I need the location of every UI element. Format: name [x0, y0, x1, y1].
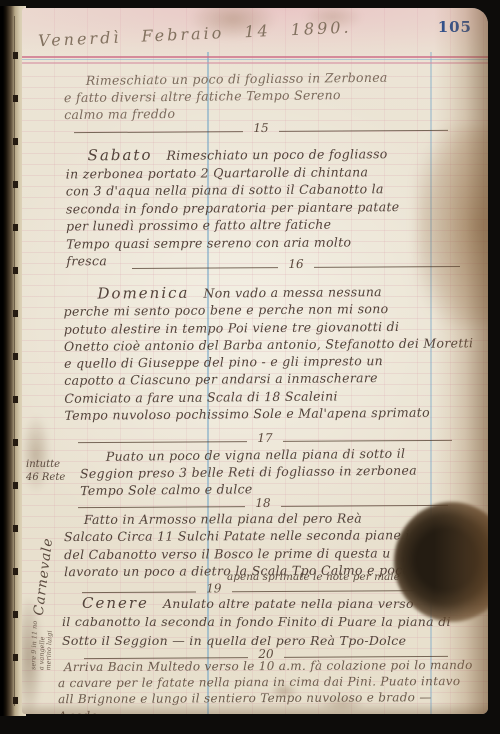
day-label: Sabato [88, 146, 167, 165]
header-rule-blue [22, 59, 488, 60]
entry-line: all Brignone e lungo il sentiero Tempo n… [58, 689, 488, 707]
diary-entry-feb14: Rimeschiato un poco di fogliasso in Zerb… [64, 68, 469, 124]
entry-line: Tempo nuvoloso pochissimo Sole e Mal'ape… [64, 403, 484, 424]
date-heading: Venerdì Febraio 14 1890. [38, 17, 369, 50]
diary-entry-feb16-domenica: DomenicaNon vado a messa nessuna perche … [63, 282, 484, 424]
binding-stitches [13, 16, 18, 706]
day-label: Domenica [97, 284, 203, 303]
separator-number: 18 [245, 496, 280, 510]
page-number: 105 [438, 18, 472, 36]
diary-page: 105 Venerdì Febraio 14 1890. Rimeschiato… [22, 8, 488, 714]
photo-frame: 105 Venerdì Febraio 14 1890. Rimeschiato… [0, 0, 500, 734]
day-label: Cenere [82, 594, 163, 612]
separator-number: 15 [243, 121, 278, 135]
entry-line: il cabanotto la seconda in fondo Finito … [62, 613, 484, 631]
separator-number: 17 [247, 431, 282, 445]
header-rule-pink [22, 56, 488, 58]
entry-separator: 15 [74, 123, 448, 139]
separator-number: 16 [278, 257, 313, 271]
header-rule-pink [22, 62, 488, 64]
diary-entry-feb15-sabato: SabatoRimeschiato un poco de fogliasso i… [66, 145, 481, 270]
diary-entry-feb17: Puato un poco de vigna nella piana di so… [80, 444, 481, 500]
margin-note-vertical: sere 9 in 11 no a vangelle merino luigi [30, 584, 55, 671]
diary-entry-feb20: Arriva Bacin Multedo verso le 10 a.m. fà… [58, 657, 488, 714]
entry-separator: 16 [132, 259, 460, 275]
margin-note-nets-count: intutte 46 Rete [26, 458, 65, 484]
